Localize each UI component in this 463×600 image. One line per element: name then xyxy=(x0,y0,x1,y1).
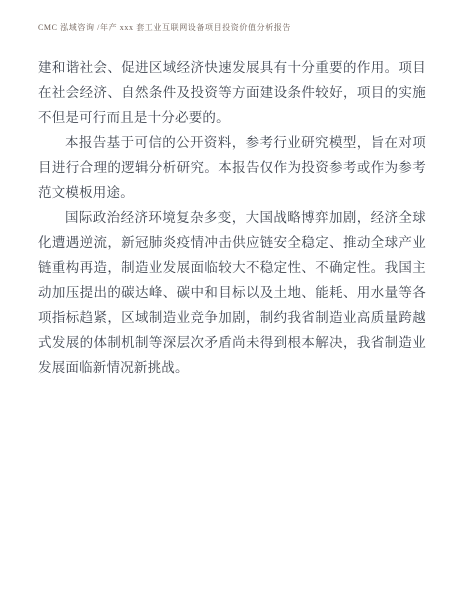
document-page: CMC 泓域咨询 /年产 xxx 套工业互联网设备项目投资价值分析报告 建和谐社… xyxy=(0,0,463,600)
body-paragraph: 建和谐社会、促进区域经济快速发展具有十分重要的作用。项目在社会经济、自然条件及投… xyxy=(38,55,426,130)
document-header: CMC 泓域咨询 /年产 xxx 套工业互联网设备项目投资价值分析报告 xyxy=(38,22,426,34)
body-paragraph: 本报告基于可信的公开资料，参考行业研究模型，旨在对项目进行合理的逻辑分析研究。本… xyxy=(38,130,426,205)
body-paragraph: 国际政治经济环境复杂多变，大国战略博弈加剧，经济全球化遭遇逆流，新冠肺炎疫情冲击… xyxy=(38,205,426,380)
document-body: 建和谐社会、促进区域经济快速发展具有十分重要的作用。项目在社会经济、自然条件及投… xyxy=(38,55,426,380)
